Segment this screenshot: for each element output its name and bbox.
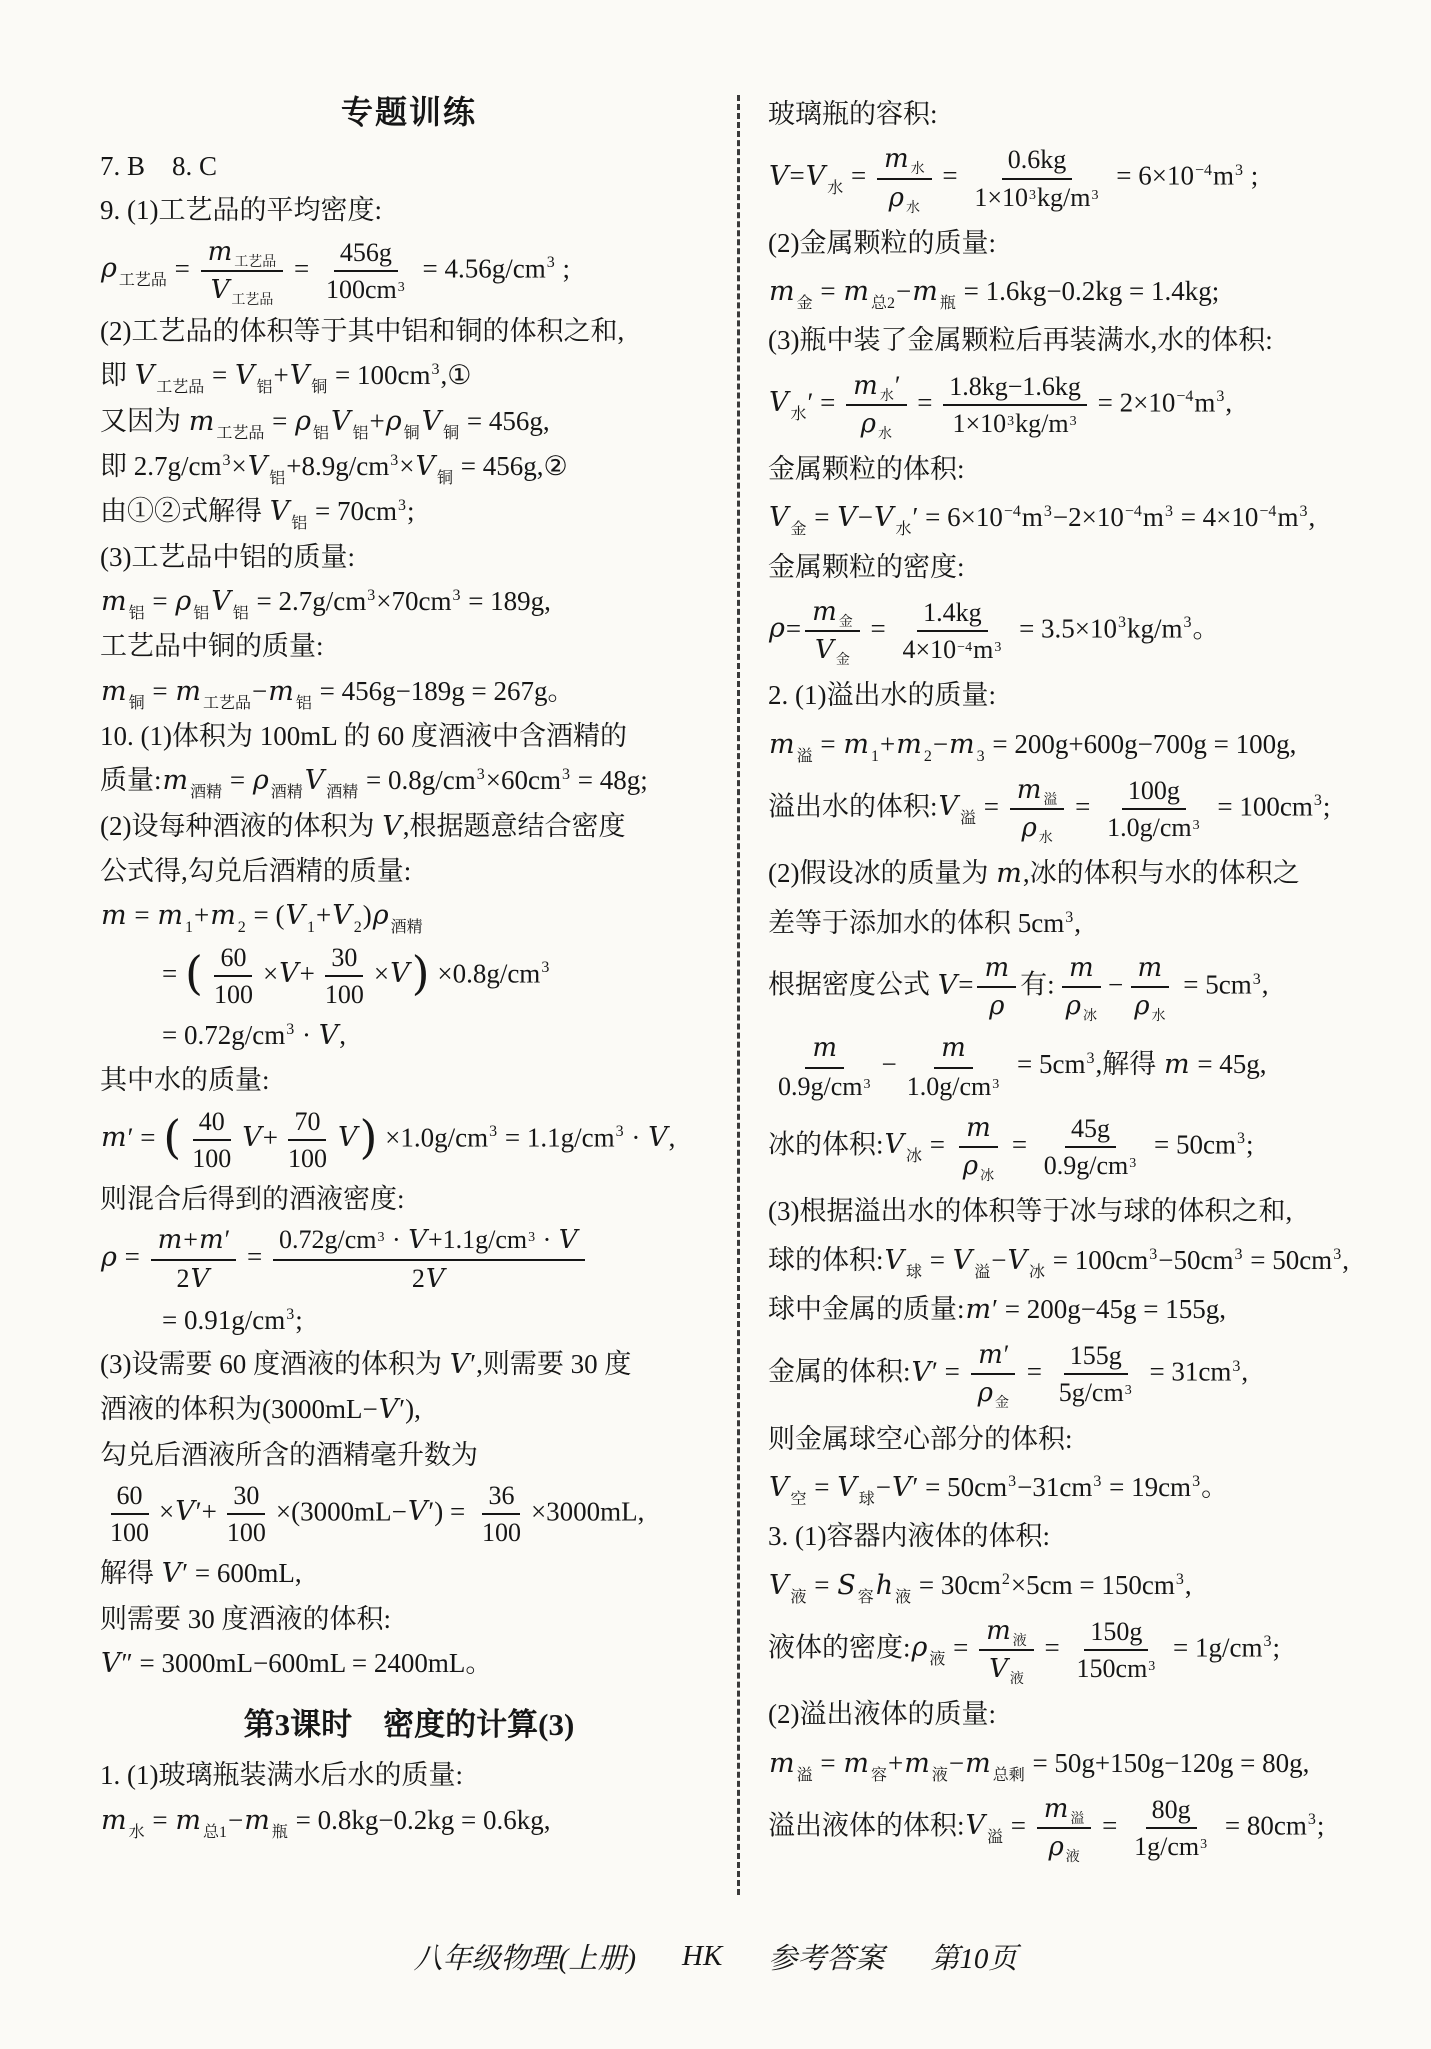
- superscript: 3: [285, 1306, 295, 1323]
- formula-text: 即 2.7g/cm: [100, 451, 222, 481]
- content-line: m = m1+m2 = (V1+V2)ρ酒精: [100, 896, 718, 935]
- formula-text: =: [958, 970, 973, 1000]
- variable: V: [938, 791, 960, 822]
- subscript: 1: [870, 748, 880, 765]
- formula-text: 酒液的体积为(3000mL−: [100, 1394, 378, 1424]
- formula-text: =: [1068, 791, 1097, 821]
- formula-text: +: [300, 958, 315, 988]
- variable: m: [903, 1748, 931, 1779]
- superscript: 3: [397, 497, 407, 514]
- content-line: V液 = S容h液 = 30cm2×5cm = 150cm3,: [768, 1566, 1400, 1605]
- fraction: 80g1g/cm3: [1128, 1794, 1214, 1862]
- big-paren: ): [358, 1110, 378, 1164]
- superscript: 3: [1147, 1659, 1156, 1674]
- answer-key-page: 专题训练7. B 8. C9. (1)工艺品的平均密度:ρ工艺品 = m工艺品V…: [0, 0, 1431, 2049]
- variable: m: [267, 676, 295, 707]
- subscript: 2: [237, 919, 247, 936]
- formula-text: ;: [1317, 1810, 1325, 1840]
- variable: V: [285, 900, 307, 931]
- variable: V: [911, 1357, 933, 1388]
- formula-text: m: [1022, 502, 1043, 532]
- superscript: −4: [1258, 503, 1277, 520]
- variable: m: [768, 1748, 796, 1779]
- superscript: 3: [1236, 1130, 1246, 1147]
- formula-text: = 50g+150g−120g = 80g,: [1026, 1748, 1310, 1778]
- content-line: 2. (1)溢出水的质量:: [768, 676, 1400, 714]
- fraction-numerator: m溢: [1037, 1793, 1092, 1829]
- subscript: 水: [826, 180, 844, 197]
- superscript: 3: [1117, 614, 1127, 631]
- formula-text: =: [118, 1242, 147, 1272]
- formula-text: ′ = 50cm: [913, 1472, 1008, 1502]
- fraction: 0.6kg1×103kg/m3: [968, 144, 1105, 212]
- superscript: −4: [1175, 388, 1194, 405]
- formula-text: =: [936, 161, 965, 191]
- formula-text: m: [1213, 161, 1234, 191]
- formula-text: 1.4kg: [923, 598, 982, 627]
- variable: m: [198, 1225, 225, 1255]
- formula-text: ×: [374, 958, 389, 988]
- fraction: mρ水: [1127, 952, 1172, 1022]
- formula-text: (2)金属颗粒的质量:: [768, 228, 996, 258]
- variable: m: [1137, 953, 1164, 983]
- content-line: 球的体积:V球 = V溢−V冰 = 100cm3−50cm3 = 50cm3,: [768, 1241, 1400, 1280]
- formula-text: 36: [488, 1481, 514, 1510]
- formula-text: 溢出液体的体积:: [768, 1810, 965, 1840]
- variable: ρ: [100, 253, 118, 284]
- variable: V: [836, 1472, 858, 1503]
- subscript: 冰: [905, 1148, 923, 1165]
- content-line: m金 = m总2−m瓶 = 1.6kg−0.2kg = 1.4kg;: [768, 272, 1400, 311]
- subscript: 水: [790, 406, 808, 423]
- fraction-denominator: 1×103kg/m3: [947, 406, 1084, 439]
- big-paren: (: [184, 946, 204, 1000]
- superscript: 3: [1252, 971, 1262, 988]
- fraction-denominator: 1.0g/cm3: [1101, 810, 1207, 843]
- content-line: 解得 V′ = 600mL,: [100, 1554, 718, 1593]
- formula-text: 456g: [340, 238, 392, 267]
- superscript: 3: [1064, 909, 1074, 926]
- fraction-denominator: 1g/cm3: [1128, 1829, 1214, 1862]
- fraction-denominator: ρ水: [1014, 810, 1059, 844]
- subscript: 工艺品: [233, 255, 277, 270]
- variable: V: [768, 161, 790, 192]
- content-line: 根据密度公式 V=mρ有:mρ冰−mρ水 = 5cm3,: [768, 952, 1400, 1022]
- variable: V: [814, 635, 835, 665]
- formula-text: −: [1108, 970, 1123, 1000]
- superscript: 3: [546, 254, 556, 271]
- formula-text: =: [1020, 1357, 1049, 1387]
- variable: m: [157, 1225, 184, 1255]
- variable: ρ: [860, 409, 877, 439]
- formula-text: −: [882, 1049, 897, 1079]
- content-line: 9. (1)工艺品的平均密度:: [100, 191, 718, 229]
- subscript: 工艺品: [202, 695, 252, 712]
- variable: V: [421, 406, 443, 437]
- formula-text: =: [240, 1242, 269, 1272]
- formula-text: = 19cm: [1102, 1472, 1191, 1502]
- superscript: 3: [540, 959, 550, 976]
- formula-text: 1.0g/cm: [1107, 813, 1192, 842]
- fraction: m溢ρ液: [1037, 1793, 1092, 1863]
- fraction-denominator: 100cm3: [320, 272, 412, 305]
- superscript: 3: [222, 452, 232, 469]
- formula-text: 40: [199, 1107, 225, 1136]
- formula-text: 公式得,勾兑后酒精的质量:: [100, 856, 411, 886]
- content-line: m水 = m总1−m瓶 = 0.8kg−0.2kg = 0.6kg,: [100, 1801, 718, 1840]
- content-line: m铝 = ρ铝V铝 = 2.7g/cm3×70cm3 = 189g,: [100, 582, 718, 621]
- formula-text: = 0.8kg−0.2kg = 0.6kg,: [289, 1805, 551, 1835]
- subscript: 铜: [128, 695, 146, 712]
- variable: m: [1016, 775, 1043, 805]
- variable: V: [891, 1472, 913, 1503]
- content-line: (3)设需要 60 度酒液的体积为 V′,则需要 30 度: [100, 1345, 718, 1384]
- variable: V: [318, 1020, 340, 1051]
- content-line: = 0.91g/cm3;: [100, 1301, 718, 1339]
- fraction: m液V液: [979, 1615, 1034, 1685]
- subscript: 液: [928, 1651, 946, 1668]
- formula-text: 5g/cm: [1059, 1378, 1124, 1407]
- superscript: 3: [993, 640, 1002, 655]
- subscript: 铜: [442, 425, 460, 442]
- variable: m: [842, 729, 870, 760]
- page-footer: 八年级物理(上册) HK 参考答案 第10页: [0, 1936, 1431, 1977]
- fraction: 30100: [319, 942, 370, 1010]
- fraction-denominator: 5g/cm3: [1053, 1375, 1139, 1408]
- formula-text: 9. (1)工艺品的平均密度:: [100, 195, 382, 225]
- formula-text: ′ =: [128, 1122, 163, 1152]
- superscript: 3: [1028, 188, 1037, 203]
- subscript: 金: [994, 1396, 1010, 1411]
- formula-text: ,: [339, 1020, 346, 1050]
- superscript: 3: [1307, 1811, 1317, 1828]
- superscript: 3: [1199, 1837, 1208, 1852]
- content-line: 10. (1)体积为 100mL 的 60 度酒液中含酒精的: [100, 717, 718, 755]
- formula-text: =: [814, 1748, 843, 1778]
- subscript: 铜: [436, 470, 454, 487]
- formula-text: ,①: [440, 360, 471, 390]
- content-line: V水′ = m水′ρ水 = 1.8kg−1.6kg1×103kg/m3 = 2×…: [768, 370, 1400, 440]
- fraction: mρ冰: [956, 1112, 1001, 1182]
- formula-text: =: [814, 276, 843, 306]
- variable: V: [269, 496, 291, 527]
- formula-text: ;: [407, 496, 415, 526]
- content-line: 溢出液体的体积:V溢 = m溢ρ液 = 80g1g/cm3 = 80cm3;: [768, 1793, 1400, 1863]
- formula-text: = 456g,②: [454, 451, 568, 481]
- superscript: −4: [1003, 503, 1022, 520]
- variable: V: [407, 1496, 429, 1527]
- fraction: 45g0.9g/cm3: [1038, 1113, 1144, 1181]
- superscript: 3: [1164, 503, 1174, 520]
- big-paren: ): [411, 946, 431, 1000]
- formula-text: (3)工艺品中铝的质量:: [100, 542, 355, 572]
- formula-text: =: [168, 253, 197, 283]
- formula-text: = 50cm: [1147, 1129, 1236, 1159]
- content-line: 3. (1)容器内液体的体积:: [768, 1517, 1400, 1555]
- formula-text: =: [146, 676, 175, 706]
- formula-text: 0.9g/cm: [1044, 1151, 1129, 1180]
- variable: m: [188, 406, 216, 437]
- subscript: 水: [1038, 831, 1054, 846]
- formula-text: ′ = 600mL,: [182, 1558, 301, 1588]
- formula-text: −: [252, 676, 267, 706]
- variable: m: [209, 900, 237, 931]
- formula-text: 玻璃瓶的容积:: [768, 99, 938, 129]
- subscript: 铝: [295, 695, 313, 712]
- superscript: 3: [1332, 1246, 1342, 1263]
- content-line: V=V水 = m水ρ水 = 0.6kg1×103kg/m3 = 6×10−4m3…: [768, 143, 1400, 213]
- formula-text: ·: [295, 1020, 318, 1050]
- formula-text: 60: [220, 943, 246, 972]
- formula-text: ·: [625, 1122, 648, 1152]
- variable: ρ: [174, 586, 192, 617]
- fraction-numerator: 0.72g/cm3 · V+1.1g/cm3 · V: [273, 1224, 585, 1260]
- formula-text: =: [223, 765, 252, 795]
- formula-text: 解得: [100, 1558, 161, 1588]
- formula-text: 1×10: [974, 183, 1028, 212]
- content-line: 则需要 30 度酒液的体积:: [100, 1600, 718, 1638]
- fraction-numerator: 30: [227, 1480, 265, 1515]
- variable: m: [100, 1122, 128, 1153]
- subscript: 铝: [312, 425, 330, 442]
- subscript: 溢: [986, 1829, 1004, 1846]
- fraction-denominator: ρ水: [1127, 988, 1172, 1022]
- formula-text: 7. B 8. C: [100, 151, 217, 181]
- subscript: 酒精: [325, 784, 359, 801]
- content-line: V″ = 3000mL−600mL = 2400mL。: [100, 1644, 718, 1683]
- variable: V: [134, 360, 156, 391]
- formula-text: 质量:: [100, 765, 162, 795]
- variable: V: [241, 1122, 263, 1153]
- formula-text: −: [991, 1245, 1006, 1275]
- fraction-numerator: m溢: [1010, 774, 1065, 810]
- formula-text: = 5cm: [1010, 1049, 1085, 1079]
- formula-text: 其中水的质量:: [100, 1065, 270, 1095]
- content-line: = 0.72g/cm3 · V,: [100, 1016, 718, 1055]
- content-line: 质量:m酒精 = ρ酒精V酒精 = 0.8g/cm3×60cm3 = 48g;: [100, 761, 718, 800]
- superscript: 3: [1234, 162, 1244, 179]
- fraction: m1.0g/cm3: [901, 1032, 1007, 1101]
- fraction-numerator: 36: [482, 1480, 520, 1515]
- fraction-denominator: 1×103kg/m3: [968, 180, 1105, 213]
- variable: h: [875, 1570, 894, 1601]
- subscript: 1: [184, 919, 194, 936]
- variable: V: [247, 451, 269, 482]
- content-line: 7. B 8. C: [100, 147, 718, 185]
- content-line: 则金属球空心部分的体积:: [768, 1420, 1400, 1458]
- formula-text: ′ =: [808, 387, 843, 417]
- formula-text: =: [946, 1632, 975, 1662]
- formula-text: ,: [1241, 1357, 1248, 1387]
- formula-text: ′) =: [428, 1496, 472, 1526]
- formula-text: 3. (1)容器内液体的体积:: [768, 1521, 1050, 1551]
- variable: V: [304, 765, 326, 796]
- formula-text: 金属颗粒的密度:: [768, 552, 965, 582]
- formula-text: 金属颗粒的体积:: [768, 454, 965, 484]
- formula-text: 则需要 30 度酒液的体积:: [100, 1604, 391, 1634]
- fraction: 36100: [476, 1480, 527, 1548]
- content-line: 60100×V′+30100×(3000mL−V′) = 36100×3000m…: [100, 1480, 718, 1548]
- fraction-numerator: m工艺品: [201, 236, 284, 272]
- fraction: m工艺品V工艺品: [201, 236, 284, 306]
- formula-text: = 31cm: [1143, 1357, 1232, 1387]
- superscript: −4: [1194, 162, 1213, 179]
- variable: m: [883, 144, 910, 174]
- superscript: 3: [1215, 388, 1225, 405]
- variable: m: [100, 676, 128, 707]
- variable: V: [278, 958, 300, 989]
- formula-text: ;: [556, 253, 570, 283]
- footer-section-label: 参考答案: [768, 1936, 884, 1977]
- subscript: 液: [790, 1589, 808, 1606]
- variable: V: [884, 1245, 906, 1276]
- fraction-denominator: 0.9g/cm3: [772, 1069, 878, 1102]
- variable: m: [811, 1033, 838, 1063]
- variable: V: [389, 958, 411, 989]
- subscript: 水: [905, 201, 921, 216]
- subscript: 工艺品: [230, 293, 274, 308]
- formula-text: ′ =: [932, 1357, 967, 1387]
- fraction: m0.9g/cm3: [772, 1032, 878, 1101]
- formula-text: 又因为: [100, 406, 188, 436]
- formula-text: 球中金属的质量:: [768, 1294, 965, 1324]
- content-line: (2)假设冰的质量为 m,冰的体积与水的体积之: [768, 854, 1400, 893]
- column-divider: [737, 95, 740, 1895]
- formula-text: =: [1004, 1810, 1033, 1840]
- formula-text: = 100cm: [328, 360, 430, 390]
- variable: ρ: [294, 406, 312, 437]
- content-line: (2)金属颗粒的质量:: [768, 224, 1400, 262]
- fraction-numerator: 100g: [1122, 775, 1186, 810]
- subscript: 瓶: [939, 295, 957, 312]
- fraction-numerator: 155g: [1064, 1340, 1128, 1375]
- subscript: 2: [353, 919, 363, 936]
- subscript: 工艺品: [155, 379, 205, 396]
- formula-text: 1×10: [953, 409, 1007, 438]
- fraction: 40100: [186, 1106, 237, 1174]
- variable: m: [207, 237, 234, 267]
- formula-text: 100: [214, 980, 253, 1009]
- superscript: 3: [377, 1230, 386, 1245]
- formula-text: m: [1194, 387, 1215, 417]
- fraction-denominator: 0.9g/cm3: [1038, 1148, 1144, 1181]
- content-line: 由①②式解得 V铝 = 70cm3;: [100, 492, 718, 531]
- formula-text: ×1.0g/cm: [378, 1122, 488, 1152]
- subscript: 球: [858, 1491, 876, 1508]
- content-line: 金属的体积:V′ = m′ρ金 = 155g5g/cm3 = 31cm3,: [768, 1339, 1400, 1409]
- superscript: 3: [366, 587, 376, 604]
- superscript: 3: [1175, 1571, 1185, 1588]
- formula-text: =: [265, 406, 294, 436]
- variable: ρ: [1133, 991, 1150, 1021]
- variable: m: [162, 765, 190, 796]
- variable: ρ: [988, 991, 1005, 1021]
- fraction-numerator: 0.6kg: [1002, 144, 1073, 179]
- fraction-numerator: m: [805, 1032, 844, 1068]
- formula-text: m: [1143, 502, 1164, 532]
- fraction-denominator: V金: [808, 632, 857, 666]
- formula-text: −2×10: [1053, 502, 1124, 532]
- subscript: 金: [796, 295, 814, 312]
- content-line: 球中金属的质量:m′ = 200g−45g = 155g,: [768, 1290, 1400, 1329]
- content-line: m铜 = m工艺品−m铝 = 456g−189g = 267g。: [100, 672, 718, 711]
- fraction: 100g1.0g/cm3: [1101, 775, 1207, 843]
- content-line: 差等于添加水的体积 5cm3,: [768, 904, 1400, 942]
- fraction-denominator: 100: [319, 977, 370, 1010]
- content-line: m溢 = m容+m液−m总剩 = 50g+150g−120g = 80g,: [768, 1744, 1400, 1783]
- formula-text: 1.0g/cm: [907, 1072, 992, 1101]
- fraction-denominator: 150cm3: [1071, 1651, 1163, 1684]
- content-line: 液体的密度:ρ液 = m液V液 = 150g150cm3 = 1g/cm3;: [768, 1615, 1400, 1685]
- formula-text: ): [363, 900, 372, 930]
- subscript: 酒精: [270, 784, 304, 801]
- superscript: 3: [488, 1123, 498, 1140]
- formula-text: (3)根据溢出水的体积等于冰与球的体积之和,: [768, 1196, 1292, 1226]
- formula-text: +: [274, 360, 289, 390]
- fraction-denominator: 100: [282, 1141, 333, 1174]
- variable: m: [842, 1748, 870, 1779]
- variable: ρ: [1065, 991, 1082, 1021]
- fraction: m溢ρ水: [1010, 774, 1065, 844]
- formula-text: =: [977, 791, 1006, 821]
- content-line: V空 = V球−V′ = 50cm3−31cm3 = 19cm3。: [768, 1468, 1400, 1507]
- superscript: 2: [1001, 1571, 1011, 1588]
- formula-text: =: [287, 253, 316, 283]
- variable: V: [1007, 1245, 1029, 1276]
- fraction-numerator: 456g: [334, 237, 398, 272]
- fraction-numerator: m: [977, 952, 1016, 988]
- content-line: 又因为 m工艺品 = ρ铝V铝+ρ铜V铜 = 456g,: [100, 402, 718, 441]
- fraction-denominator: ρ金: [971, 1375, 1016, 1409]
- subscript: 铝: [352, 425, 370, 442]
- fraction-numerator: 40: [193, 1106, 231, 1141]
- formula-text: 10. (1)体积为 100mL 的 60 度酒液中含酒精的: [100, 721, 627, 751]
- superscript: 3: [527, 1230, 536, 1245]
- fraction-numerator: m水: [877, 143, 932, 179]
- formula-text: ×: [263, 958, 278, 988]
- formula-text: −: [933, 729, 948, 759]
- formula-text: 1.8kg−1.6kg: [949, 372, 1081, 401]
- formula-text: = 80cm: [1218, 1810, 1307, 1840]
- formula-text: = (: [247, 900, 285, 930]
- fraction-numerator: m: [1131, 952, 1170, 988]
- superscript: 3: [1298, 503, 1308, 520]
- superscript: 3: [389, 452, 399, 469]
- content-line: 金属颗粒的密度:: [768, 548, 1400, 586]
- subscript: 水: [1150, 1009, 1166, 1024]
- formula-text: = 50cm: [1243, 1245, 1332, 1275]
- variable: m: [985, 1616, 1012, 1646]
- formula-text: 30: [331, 943, 357, 972]
- formula-text: 150cm: [1077, 1654, 1148, 1683]
- superscript: 3: [430, 361, 440, 378]
- variable: m: [1163, 1049, 1191, 1080]
- variable: V: [768, 1570, 790, 1601]
- content-line: (2)溢出液体的质量:: [768, 1695, 1400, 1733]
- fraction-numerator: 150g: [1084, 1616, 1148, 1651]
- formula-text: 由①②式解得: [100, 496, 269, 526]
- superscript: 3: [1191, 1473, 1201, 1490]
- variable: m: [842, 276, 870, 307]
- formula-text: = 0.72g/cm: [162, 1020, 285, 1050]
- formula-text: 60: [117, 1481, 143, 1510]
- variable: V: [407, 1225, 428, 1255]
- variable: ρ: [1020, 813, 1037, 843]
- fraction-numerator: m: [1062, 952, 1101, 988]
- formula-text: ×70cm: [376, 586, 451, 616]
- subscript: 铝: [232, 605, 250, 622]
- superscript: 3: [1263, 1633, 1273, 1650]
